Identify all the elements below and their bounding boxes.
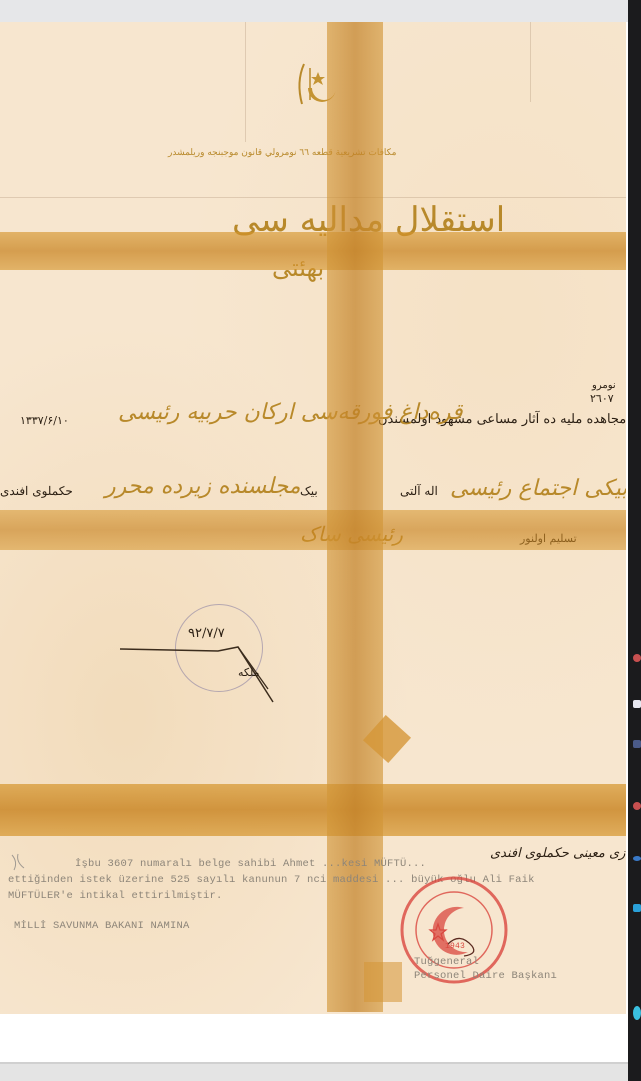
blue-square-icon[interactable] (633, 740, 641, 748)
handwritten-name: رازی معینی حکملوی افندی (490, 846, 626, 861)
blue-dot-icon[interactable] (633, 856, 641, 861)
body-line-2-print-a: اله آلتی (400, 484, 438, 498)
number-value: ٢٦٠٧ (590, 392, 614, 405)
fold-crease (245, 22, 246, 142)
cyan-square-icon[interactable] (633, 904, 641, 912)
signature-icon (118, 637, 288, 717)
viewer-top-bar (0, 0, 628, 23)
white-square-icon[interactable] (633, 700, 641, 708)
signer-title: Personel Daire Başkanı (414, 970, 557, 982)
body-line-2-handwritten-a: ابتداء بیکی اجتماع رئیسی (450, 476, 626, 501)
red-stamp-year: 1943 (445, 942, 465, 951)
body-line-2-handwritten-b: مجلسنده زیرده محرر (105, 474, 301, 499)
body-line-2-print-b: بیک (300, 484, 318, 498)
typed-line-3: MÜFTÜLER'e intikal ettirilmiştir. (8, 890, 223, 902)
body-line-2-trailing: حکملوی افندی (0, 484, 73, 498)
signer-rank: Tuğgeneral (414, 956, 479, 968)
body-line-1-date: ۱۳۳۷/۶/۱۰ (20, 414, 69, 427)
tape-strip (0, 784, 626, 836)
fold-crease (0, 197, 626, 198)
cyan-dot-icon[interactable] (633, 1006, 641, 1020)
red-dot-icon[interactable] (633, 654, 641, 662)
typed-line-1: İşbu 3607 numaralı belge sahibi Ahmet ..… (75, 858, 426, 870)
viewer-bottom-bar (0, 1062, 628, 1081)
tape-strip (0, 510, 626, 550)
tape-strip (0, 232, 626, 270)
gray-stamp-signature: ملکه (238, 666, 260, 679)
tape-scrap (364, 962, 402, 1002)
right-dock (628, 0, 641, 1081)
typed-line-4: MİLLİ SAVUNMA BAKANI NAMINA (14, 920, 190, 932)
red-dot-icon[interactable] (633, 802, 641, 810)
document-page: مكافات تشريعية قطعه ٦٦ نومرولي قانون موج… (0, 22, 626, 1014)
number-label: نومرو (592, 380, 616, 391)
body-line-1-handwritten: قره‌داغ فورقه‌سی ارکان حربیه رئیسی (118, 400, 463, 425)
fold-crease (530, 22, 531, 102)
check-mark-icon (10, 852, 30, 872)
